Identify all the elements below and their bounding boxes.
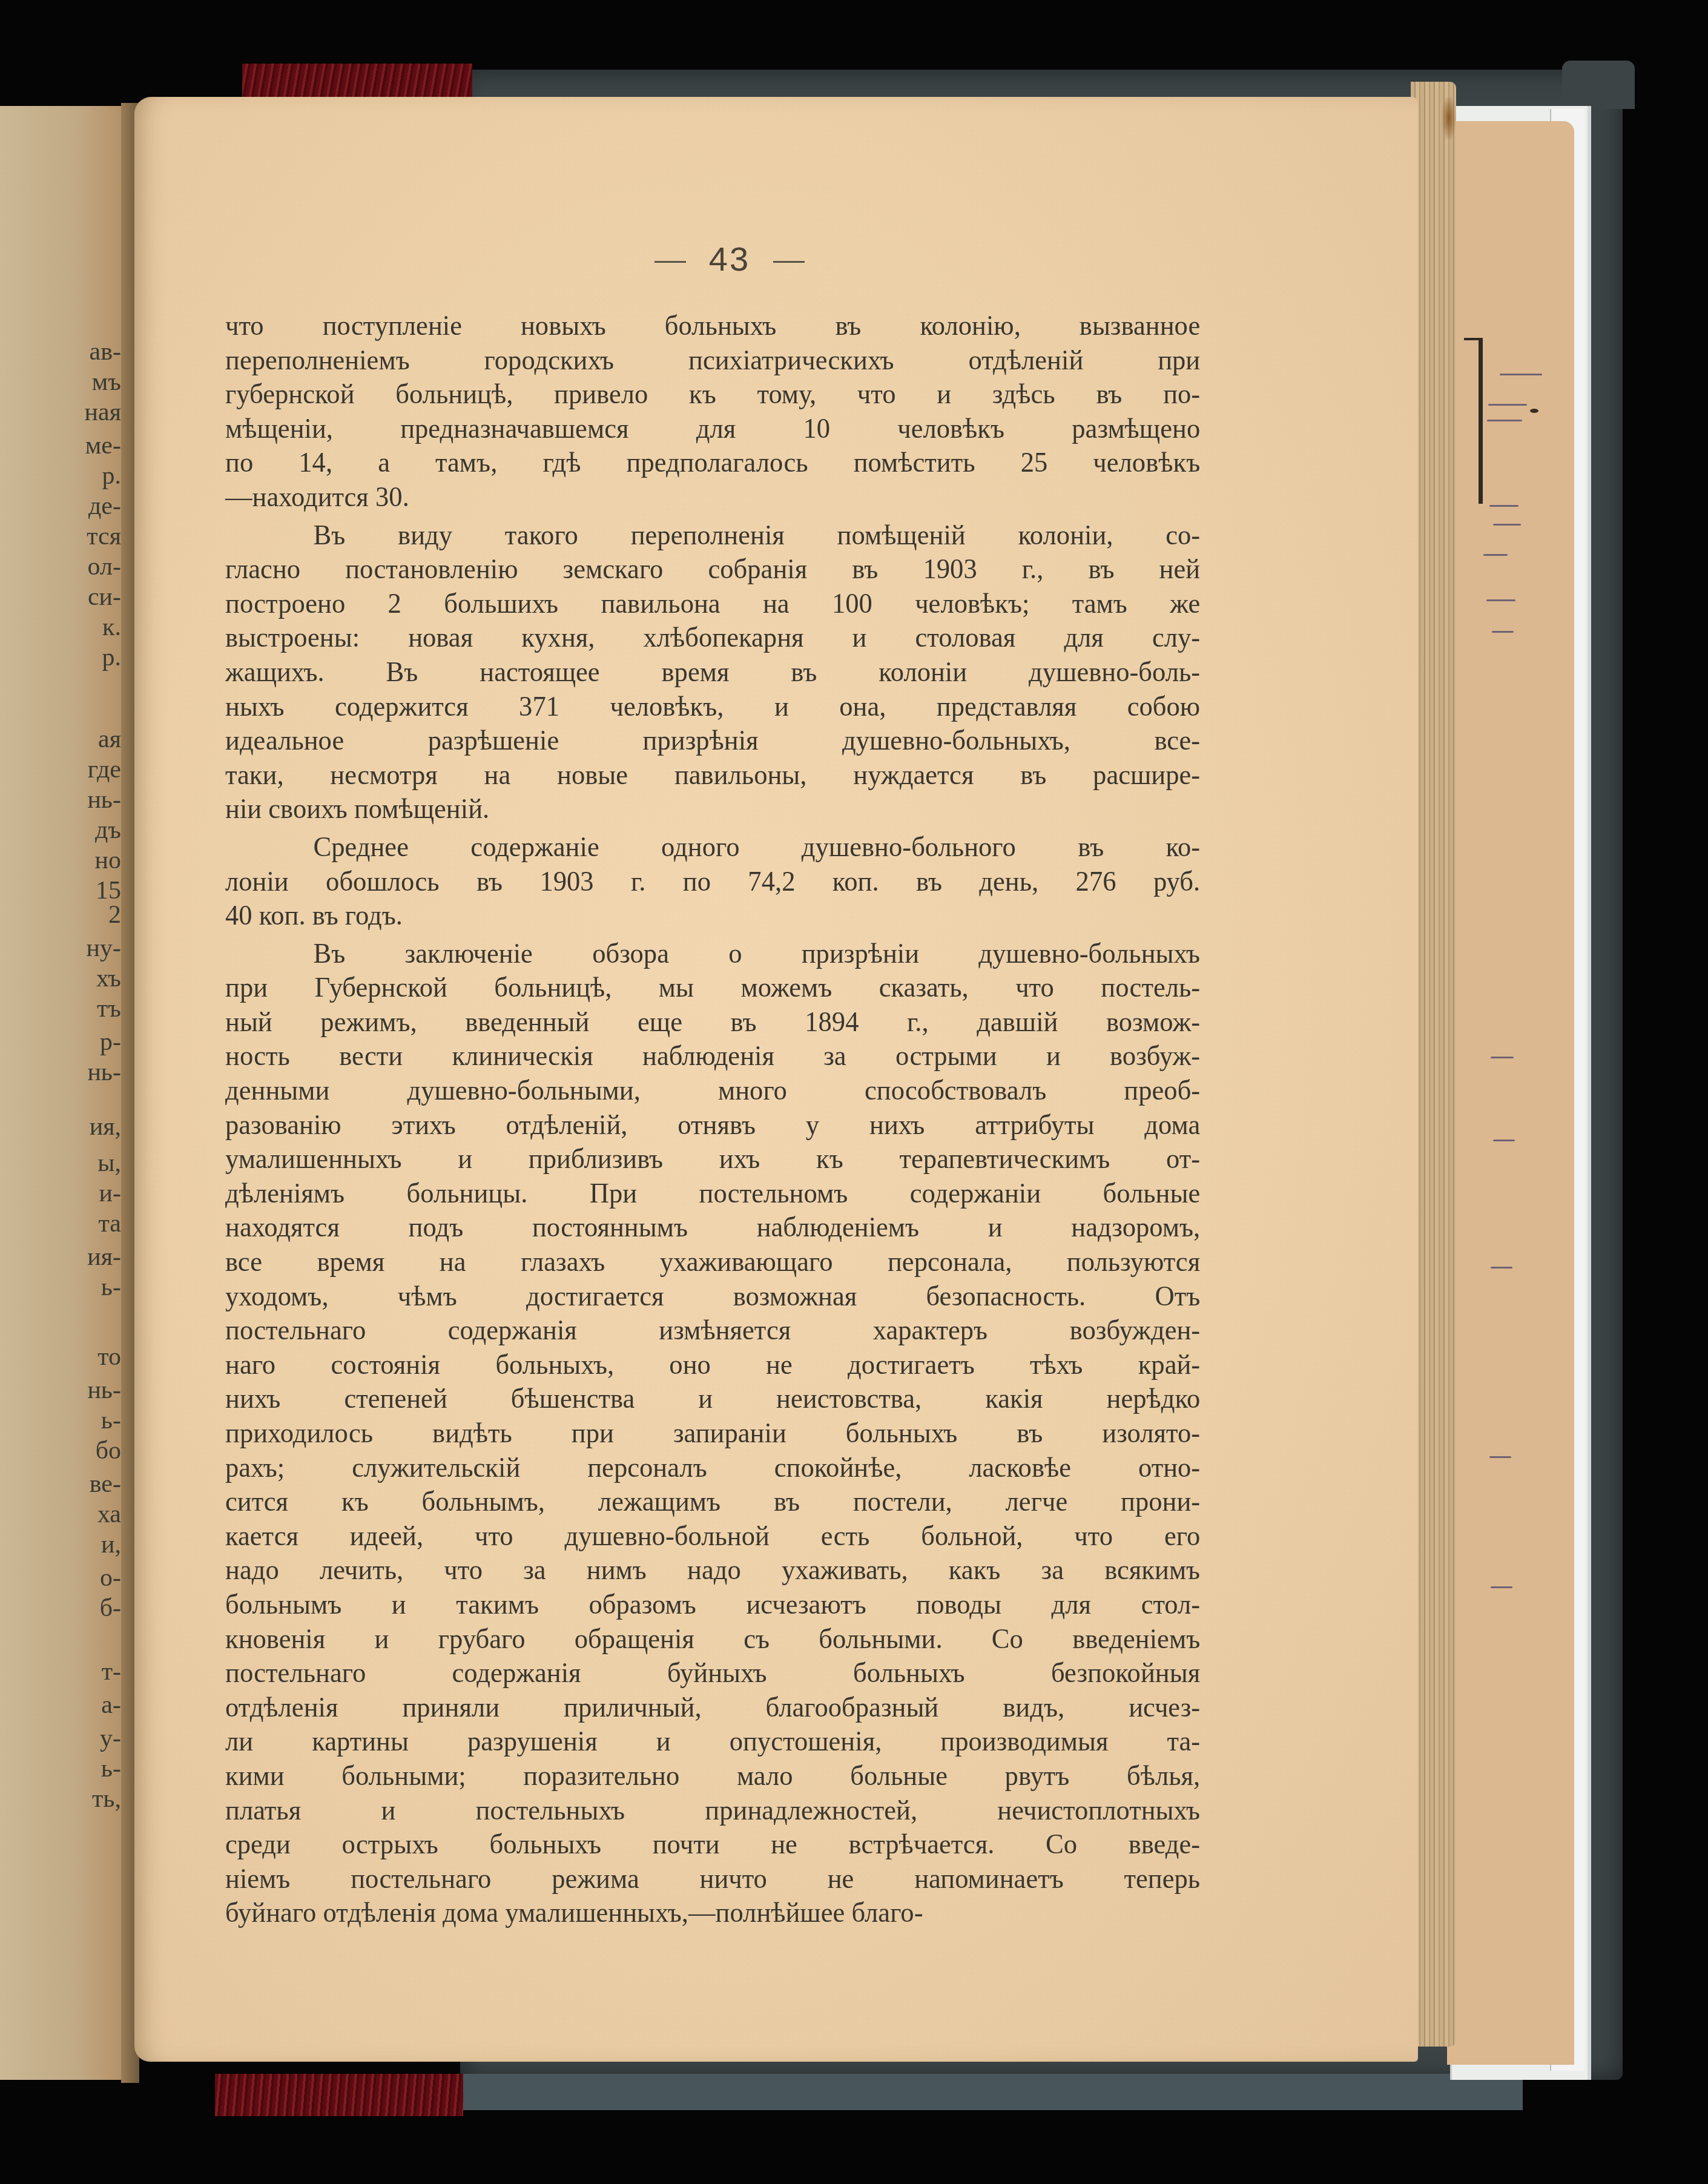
left-page-fragment: ая bbox=[98, 727, 121, 752]
pen-mark bbox=[1491, 1586, 1512, 1588]
pen-mark bbox=[1492, 631, 1514, 633]
page-number-value: 43 bbox=[709, 240, 750, 278]
text-line: по 14, а тамъ, гдѣ предполагалось помѣст… bbox=[225, 446, 1200, 480]
left-page-fragment: бо bbox=[96, 1438, 121, 1463]
text-line: при Губернской больницѣ, мы можемъ сказа… bbox=[225, 971, 1200, 1005]
pen-mark bbox=[1493, 524, 1521, 526]
left-page-fragment: ол- bbox=[88, 554, 121, 579]
text-line: Въ виду такого переполненія помѣщеній ко… bbox=[225, 518, 1200, 553]
text-line: уходомъ, чѣмъ достигается возможная безо… bbox=[225, 1279, 1200, 1314]
text-line: таки, несмотря на новые павильоны, нужда… bbox=[225, 758, 1200, 793]
text-line: больнымъ и такимъ образомъ исчезаютъ пов… bbox=[225, 1588, 1200, 1622]
left-page-fragment: ы, bbox=[97, 1150, 121, 1176]
left-page-fragment: ия, bbox=[90, 1114, 121, 1140]
left-page-fragment: ну- bbox=[87, 935, 121, 961]
pen-mark bbox=[1487, 420, 1522, 421]
text-line: платья и постельныхъ принадлежностей, не… bbox=[225, 1793, 1200, 1828]
page-number-dash-left bbox=[655, 261, 686, 263]
left-page-fragment: ия- bbox=[87, 1244, 121, 1270]
pen-mark bbox=[1493, 1140, 1515, 1141]
pen-mark bbox=[1489, 1456, 1511, 1458]
paragraph: Въ заключеніе обзора о призрѣніи душевно… bbox=[225, 937, 1200, 1930]
left-page-fragment: 15 bbox=[96, 878, 121, 903]
left-page-fragment: нь- bbox=[87, 787, 121, 813]
text-line: мѣщеніи, предназначавшемся для 10 человѣ… bbox=[225, 412, 1200, 446]
text-line: ность вести клиническія наблюденія за ос… bbox=[225, 1039, 1200, 1074]
page-number: 43 bbox=[630, 239, 829, 279]
text-line: кими больными; поразительно мало больные… bbox=[225, 1759, 1200, 1793]
left-page-fragment: ь- bbox=[101, 1275, 121, 1300]
text-line: отдѣленія приняли приличный, благообразн… bbox=[225, 1691, 1200, 1725]
left-page-fragment: ть, bbox=[92, 1786, 121, 1812]
paragraph: Въ виду такого переполненія помѣщеній ко… bbox=[225, 518, 1200, 826]
left-page-fragment: то bbox=[97, 1344, 121, 1370]
text-line: буйнаго отдѣленія дома умалишенныхъ,—пол… bbox=[225, 1896, 1200, 1930]
text-line: ли картины разрушенія и опустошенія, про… bbox=[225, 1724, 1200, 1759]
left-page-fragment: си- bbox=[88, 584, 121, 610]
text-line: 40 коп. въ годъ. bbox=[225, 899, 1200, 933]
left-page-fragment: ха bbox=[97, 1502, 121, 1527]
text-line: ніи своихъ помѣщеній. bbox=[225, 792, 1200, 826]
text-line: идеальное разрѣшеніе призрѣнія душевно-б… bbox=[225, 724, 1200, 758]
text-line: —находится 30. bbox=[225, 480, 1200, 515]
text-line: Среднее содержаніе одного душевно-больно… bbox=[225, 830, 1200, 865]
text-line: дѣленіямъ больницы. При постельномъ соде… bbox=[225, 1176, 1200, 1211]
left-page-fragment: ме- bbox=[85, 433, 121, 458]
cover-bottom-edge bbox=[463, 2074, 1523, 2110]
text-line: губернской больницѣ, привело къ тому, чт… bbox=[225, 377, 1200, 412]
left-page-fragment: ная bbox=[85, 400, 121, 425]
page-body-text: что поступленіе новыхъ больныхъ въ колон… bbox=[225, 309, 1200, 1930]
text-line: что поступленіе новыхъ больныхъ въ колон… bbox=[225, 309, 1200, 343]
pen-mark bbox=[1500, 374, 1542, 375]
pen-mark bbox=[1483, 554, 1508, 556]
text-line: нихъ степеней бѣшенства и неистовства, к… bbox=[225, 1382, 1200, 1416]
left-page-fragment: ь- bbox=[101, 1408, 121, 1433]
page-number-dash-right bbox=[773, 261, 805, 263]
red-spine-bottom bbox=[215, 2074, 463, 2116]
text-line: постельнаго содержанія буйныхъ больныхъ … bbox=[225, 1656, 1200, 1691]
text-line: ный режимъ, введенный еще въ 1894 г., да… bbox=[225, 1005, 1200, 1040]
text-line: кновенія и грубаго обращенія съ больными… bbox=[225, 1622, 1200, 1657]
left-page-fragment: та bbox=[98, 1211, 121, 1236]
text-line: гласно постановленію земскаго собранія в… bbox=[225, 552, 1200, 587]
text-line: рахъ; служительскій персоналъ спокойнѣе,… bbox=[225, 1451, 1200, 1485]
left-page-fragment: тся bbox=[87, 524, 121, 549]
text-line: все время на глазахъ ухаживающаго персон… bbox=[225, 1245, 1200, 1279]
text-line: ніемъ постельнаго режима ничто не напоми… bbox=[225, 1862, 1200, 1896]
text-line: лоніи обошлось въ 1903 г. по 74,2 коп. в… bbox=[225, 865, 1200, 899]
text-line: постельнаго содержанія измѣняется характ… bbox=[225, 1313, 1200, 1348]
left-page-fragment: у- bbox=[100, 1726, 121, 1751]
text-line: переполненіемъ городскихъ психіатрически… bbox=[225, 343, 1200, 378]
left-page-fragment: т- bbox=[102, 1659, 121, 1684]
left-page-fragment: р- bbox=[100, 1029, 121, 1055]
paragraph: Среднее содержаніе одного душевно-больно… bbox=[225, 830, 1200, 933]
left-page-fragment: нь- bbox=[87, 1060, 121, 1085]
text-line: умалишенныхъ и приблизивъ ихъ къ терапев… bbox=[225, 1142, 1200, 1176]
left-page-fragment: р. bbox=[102, 463, 122, 489]
left-page-fragment: б- bbox=[100, 1595, 121, 1621]
pen-mark bbox=[1491, 1057, 1514, 1058]
left-page-fragment: дъ bbox=[95, 817, 121, 843]
pen-mark bbox=[1486, 599, 1515, 601]
text-line: построено 2 большихъ павильона на 100 че… bbox=[225, 587, 1200, 621]
left-page-fragment: и, bbox=[101, 1532, 121, 1557]
text-line: выстроены: новая кухня, хлѣбопекарня и с… bbox=[225, 621, 1200, 655]
left-page-fragment: нь- bbox=[87, 1377, 121, 1403]
text-line: находятся подъ постояннымъ наблюденіемъ … bbox=[225, 1210, 1200, 1245]
stain-mark bbox=[1442, 97, 1456, 139]
text-line: приходилось видѣть при запираніи больных… bbox=[225, 1416, 1200, 1451]
paragraph: что поступленіе новыхъ больныхъ въ колон… bbox=[225, 309, 1200, 515]
pen-mark bbox=[1489, 505, 1518, 507]
left-page-fragment: о- bbox=[100, 1565, 121, 1591]
text-line: надо лечить, что за нимъ надо ухаживать,… bbox=[225, 1553, 1200, 1588]
left-page-fragment: ь- bbox=[101, 1756, 121, 1781]
left-page-text-fragments: ав-мънаяме-р.де-тсяол-си-к.р.аягдень-дън… bbox=[0, 0, 121, 2184]
left-page-fragment: но bbox=[95, 848, 121, 873]
ink-dot bbox=[1530, 409, 1538, 413]
text-line: Въ заключеніе обзора о призрѣніи душевно… bbox=[225, 937, 1200, 971]
left-page-fragment: к. bbox=[102, 615, 121, 640]
book-cover-corner bbox=[1562, 61, 1635, 109]
pen-mark bbox=[1491, 1267, 1512, 1269]
bracket-mark bbox=[1464, 338, 1483, 504]
text-line: среди острыхъ больныхъ почти не встрѣчае… bbox=[225, 1827, 1200, 1862]
left-page-fragment: а- bbox=[101, 1692, 121, 1718]
text-line: наго состоянія больныхъ, оно не достигае… bbox=[225, 1348, 1200, 1382]
text-line: разованію этихъ отдѣленій, отнявъ у нихъ… bbox=[225, 1108, 1200, 1143]
text-line: жащихъ. Въ настоящее время въ колоніи ду… bbox=[225, 655, 1200, 690]
text-line: денными душевно-больными, много способст… bbox=[225, 1074, 1200, 1108]
left-page-fragment: ав- bbox=[90, 339, 121, 365]
text-line: сится къ больнымъ, лежащимъ въ постели, … bbox=[225, 1485, 1200, 1519]
left-page-fragment: р. bbox=[102, 645, 122, 670]
left-page-fragment: 2 bbox=[108, 902, 121, 928]
pen-mark bbox=[1488, 404, 1527, 406]
left-page-fragment: хъ bbox=[96, 966, 121, 991]
left-page-fragment: где bbox=[88, 757, 121, 782]
left-page-fragment: мъ bbox=[92, 369, 121, 395]
text-line: кается идеей, что душевно-больной есть б… bbox=[225, 1519, 1200, 1554]
left-page-fragment: де- bbox=[88, 493, 121, 519]
text-line: ныхъ содержится 371 человѣкъ, и она, пре… bbox=[225, 690, 1200, 724]
left-page-fragment: и- bbox=[99, 1181, 121, 1206]
left-page-fragment: ве- bbox=[90, 1471, 121, 1497]
left-page-fragment: тъ bbox=[97, 996, 121, 1021]
